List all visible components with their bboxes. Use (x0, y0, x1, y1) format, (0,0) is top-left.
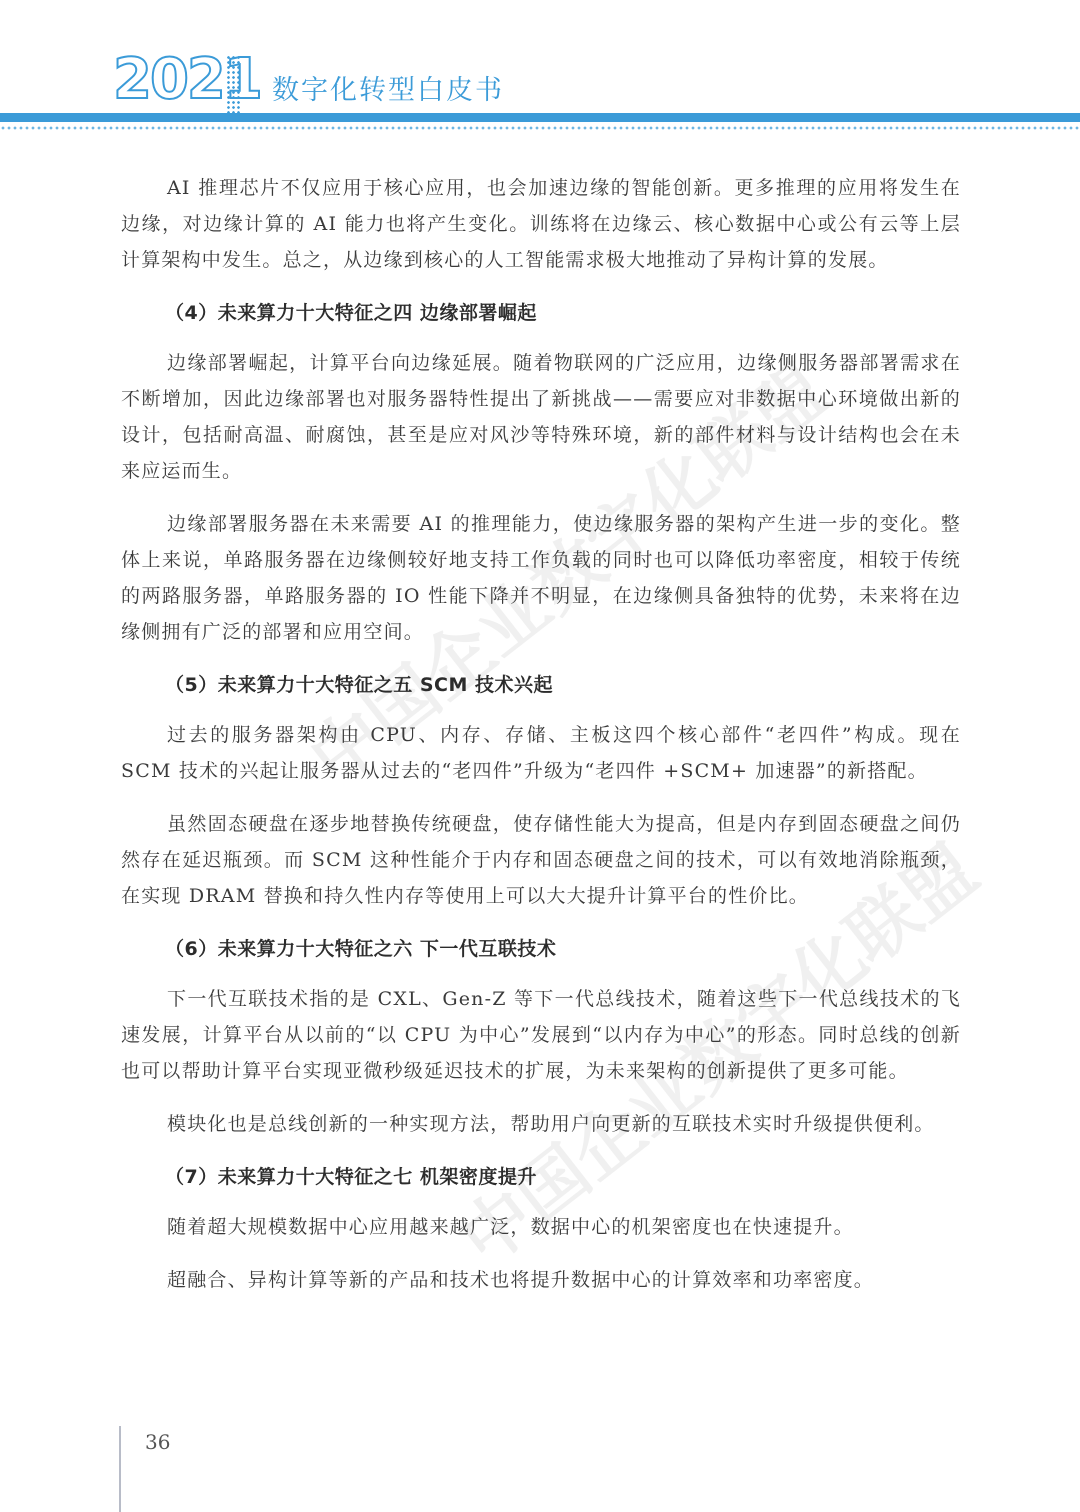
section-heading-6: （6）未来算力十大特征之六 下一代互联技术 (121, 931, 961, 967)
paragraph: AI 推理芯片不仅应用于核心应用，也会加速边缘的智能创新。更多推理的应用将发生在… (121, 170, 961, 278)
paragraph: 随着超大规模数据中心应用越来越广泛，数据中心的机架密度也在快速提升。 (121, 1209, 961, 1245)
header-title: 数字化转型白皮书 (272, 77, 504, 104)
page-header: 2021 数字化转型白皮书 (0, 0, 1080, 140)
paragraph: 边缘部署崛起，计算平台向边缘延展。随着物联网的广泛应用，边缘侧服务器部署需求在不… (121, 345, 961, 489)
dot-pattern-decoration (226, 55, 240, 117)
page-number: 36 (145, 1430, 170, 1454)
paragraph: 虽然固态硬盘在逐步地替换传统硬盘，使存储性能大为提高，但是内存到固态硬盘之间仍然… (121, 806, 961, 914)
header-dotted-line (0, 126, 1080, 130)
paragraph: 下一代互联技术指的是 CXL、Gen-Z 等下一代总线技术，随着这些下一代总线技… (121, 981, 961, 1089)
paragraph: 边缘部署服务器在未来需要 AI 的推理能力，使边缘服务器的架构产生进一步的变化。… (121, 506, 961, 650)
paragraph: 模块化也是总线创新的一种实现方法，帮助用户向更新的互联技术实时升级提供便利。 (121, 1106, 961, 1142)
section-heading-5: （5）未来算力十大特征之五 SCM 技术兴起 (121, 667, 961, 703)
footer-margin-line (119, 1426, 121, 1512)
page-body: AI 推理芯片不仅应用于核心应用，也会加速边缘的智能创新。更多推理的应用将发生在… (121, 170, 961, 1315)
section-heading-7: （7）未来算力十大特征之七 机架密度提升 (121, 1159, 961, 1195)
header-divider-bar (0, 113, 1080, 122)
paragraph: 过去的服务器架构由 CPU、内存、存储、主板这四个核心部件“老四件”构成。现在 … (121, 717, 961, 789)
paragraph: 超融合、异构计算等新的产品和技术也将提升数据中心的计算效率和功率密度。 (121, 1262, 961, 1298)
section-heading-4: （4）未来算力十大特征之四 边缘部署崛起 (121, 295, 961, 331)
